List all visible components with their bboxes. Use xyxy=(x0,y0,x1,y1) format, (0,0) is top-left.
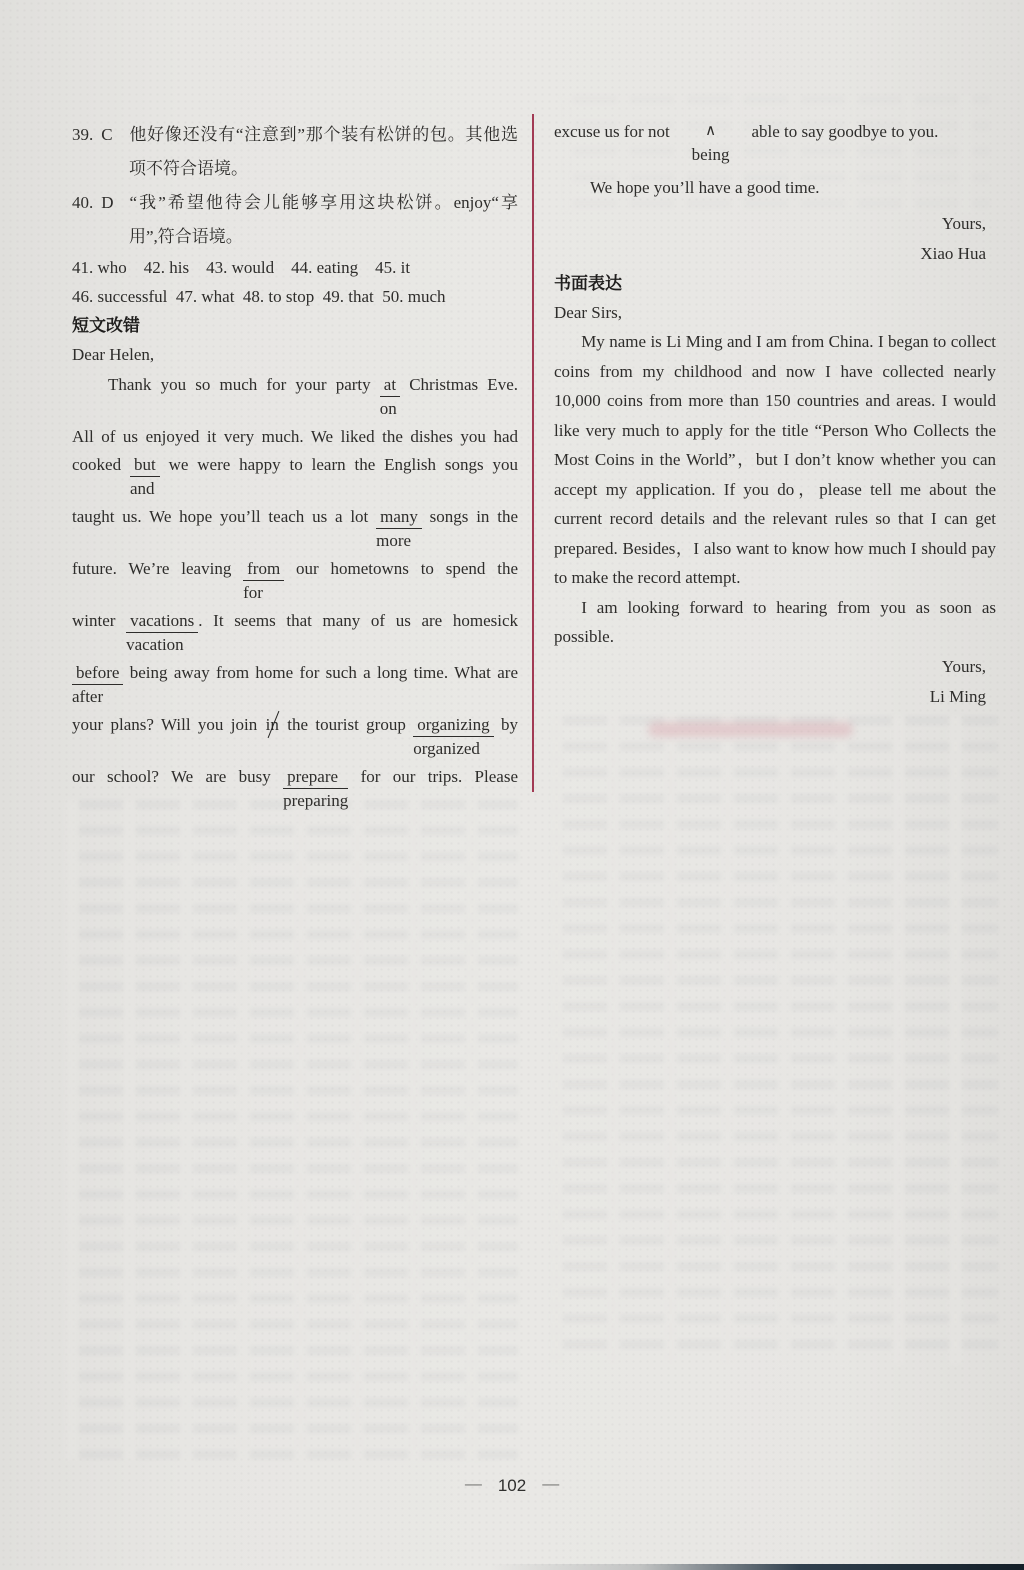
section-heading-written-expression: 书面表达 xyxy=(554,269,996,298)
passage-text: by xyxy=(494,715,518,734)
correction-mark: beforeafter xyxy=(72,661,123,708)
bleed-through-text xyxy=(66,800,518,1460)
passage-text: All of us enjoyed it very much. We liked… xyxy=(72,427,518,446)
item-explanation: 用”,符合语境。 xyxy=(72,220,518,254)
letter-paragraph: I am looking forward to hearing from you… xyxy=(554,593,996,652)
wrong-word: prepare xyxy=(283,765,348,789)
correction-word: for xyxy=(243,581,284,604)
passage-line: taught us. We hope you’ll teach us a lot… xyxy=(72,505,518,552)
item-explanation: “我”希望他待会儿能够享用这块松饼。enjoy“享 xyxy=(130,193,518,212)
answer-row-46-50: 46. successful 47. what 48. to stop 49. … xyxy=(72,283,518,312)
item-answer-letter: D xyxy=(101,193,113,212)
section-heading-error-correction: 短文改错 xyxy=(72,311,518,340)
passage-text: winter xyxy=(72,611,126,630)
passage-text: able to say goodbye to you. xyxy=(751,122,938,141)
caret-insertion: ∧being xyxy=(670,120,752,166)
correction-mark: manymore xyxy=(376,505,422,552)
signoff-name: Li Ming xyxy=(554,682,986,712)
wrong-word: but xyxy=(130,453,160,477)
passage-text: songs in the xyxy=(422,507,518,526)
deleted-word: in xyxy=(265,713,280,736)
wrong-word: from xyxy=(243,557,284,581)
error-correction-passage-continued: excuse us for not∧beingable to say goodb… xyxy=(554,120,996,199)
passage-text: our school? We are busy xyxy=(72,767,283,786)
signoff-yours: Yours, xyxy=(554,652,986,682)
correction-mark: butand xyxy=(130,453,160,500)
letter-salutation: Dear Sirs, xyxy=(554,298,996,327)
page-number: —102— xyxy=(0,1476,1024,1496)
passage-text: for our trips. Please xyxy=(348,767,518,786)
caret-icon: ∧ xyxy=(692,120,730,143)
passage-line: cooked butand we were happy to learn the… xyxy=(72,453,518,500)
correction-mark: preparepreparing xyxy=(283,765,348,812)
letter-signoff: Yours, Li Ming xyxy=(554,652,996,712)
passage-text: our hometowns to spend the xyxy=(284,559,518,578)
left-column: 39.C他好像还没有“注意到”那个装有松饼的包。其他选 项不符合语境。 40.D… xyxy=(72,118,518,817)
footer-dash: — xyxy=(465,1474,482,1493)
wrong-word: vacations xyxy=(126,609,198,633)
answer-item-39: 39.C他好像还没有“注意到”那个装有松饼的包。其他选 项不符合语境。 xyxy=(72,118,518,186)
wrong-word: organizing xyxy=(413,713,493,737)
passage-text: . It seems that many of us are homesick xyxy=(198,611,518,630)
passage-text: future. We’re leaving xyxy=(72,559,243,578)
footer-dash: — xyxy=(542,1474,559,1493)
passage-line: All of us enjoyed it very much. We liked… xyxy=(72,425,518,448)
passage-line: future. We’re leaving fromfor our hometo… xyxy=(72,557,518,604)
passage-line: winter vacationsvacation. It seems that … xyxy=(72,609,518,656)
passage-text: your plans? Will you join xyxy=(72,715,265,734)
scanned-workbook-page: 39.C他好像还没有“注意到”那个装有松饼的包。其他选 项不符合语境。 40.D… xyxy=(0,0,1024,1570)
letter-signoff: Yours, Xiao Hua xyxy=(554,209,996,269)
answer-item-line: 40.D“我”希望他待会儿能够享用这块松饼。enjoy“享 xyxy=(72,186,518,220)
correction-word: after xyxy=(72,685,123,708)
passage-text: cooked xyxy=(72,455,130,474)
passage-line: Thank you so much for your party aton Ch… xyxy=(72,373,518,420)
correction-word: more xyxy=(376,529,422,552)
correction-word: vacation xyxy=(126,633,198,656)
letter-salutation: Dear Helen, xyxy=(72,340,518,369)
answer-row-41-45: 41. who 42. his 43. would 44. eating 45.… xyxy=(72,254,518,283)
footer-page-number: 102 xyxy=(498,1476,526,1495)
item-number: 39. xyxy=(72,125,93,144)
inserted-word: being xyxy=(692,143,730,166)
bleed-through-red-heading xyxy=(648,722,853,737)
passage-text: we were happy to learn the English songs… xyxy=(160,455,518,474)
passage-text: the tourist group xyxy=(280,715,413,734)
correction-mark: vacationsvacation xyxy=(126,609,198,656)
correction-word: and xyxy=(130,477,160,500)
passage-text: Thank you so much for your party xyxy=(108,375,380,394)
passage-line: our school? We are busy preparepreparing… xyxy=(72,765,518,812)
bleed-through-text xyxy=(550,716,998,1364)
item-number: 40. xyxy=(72,193,93,212)
signoff-yours: Yours, xyxy=(554,209,986,239)
letter-paragraph: My name is Li Ming and I am from China. … xyxy=(554,327,996,593)
correction-word: on xyxy=(380,397,400,420)
passage-line: We hope you’ll have a good time. xyxy=(554,176,996,199)
wrong-word: at xyxy=(380,373,400,397)
correction-mark: organizingorganized xyxy=(413,713,493,760)
signoff-name: Xiao Hua xyxy=(554,239,986,269)
correction-mark: aton xyxy=(380,373,400,420)
passage-text: We hope you’ll have a good time. xyxy=(590,178,819,197)
passage-line: your plans? Will you join in the tourist… xyxy=(72,713,518,760)
scan-edge-artifact xyxy=(490,1564,1024,1570)
passage-text: excuse us for not xyxy=(554,122,670,141)
correction-word: organized xyxy=(413,737,493,760)
correction-mark: fromfor xyxy=(243,557,284,604)
error-correction-passage: Thank you so much for your party aton Ch… xyxy=(72,373,518,812)
correction-word: preparing xyxy=(283,789,348,812)
wrong-word: before xyxy=(72,661,123,685)
item-explanation: 项不符合语境。 xyxy=(72,152,518,186)
passage-line: excuse us for not∧beingable to say goodb… xyxy=(554,120,996,166)
right-column: excuse us for not∧beingable to say goodb… xyxy=(554,120,996,712)
item-answer-letter: C xyxy=(101,125,112,144)
passage-text: taught us. We hope you’ll teach us a lot xyxy=(72,507,376,526)
column-divider xyxy=(532,114,534,792)
item-explanation: 他好像还没有“注意到”那个装有松饼的包。其他选 xyxy=(129,125,518,144)
wrong-word: many xyxy=(376,505,422,529)
passage-line: beforeafter being away from home for suc… xyxy=(72,661,518,708)
passage-text: being away from home for such a long tim… xyxy=(123,663,518,682)
answer-item-40: 40.D“我”希望他待会儿能够享用这块松饼。enjoy“享 用”,符合语境。 xyxy=(72,186,518,254)
answer-item-line: 39.C他好像还没有“注意到”那个装有松饼的包。其他选 xyxy=(72,118,518,152)
passage-text: Christmas Eve. xyxy=(400,375,518,394)
